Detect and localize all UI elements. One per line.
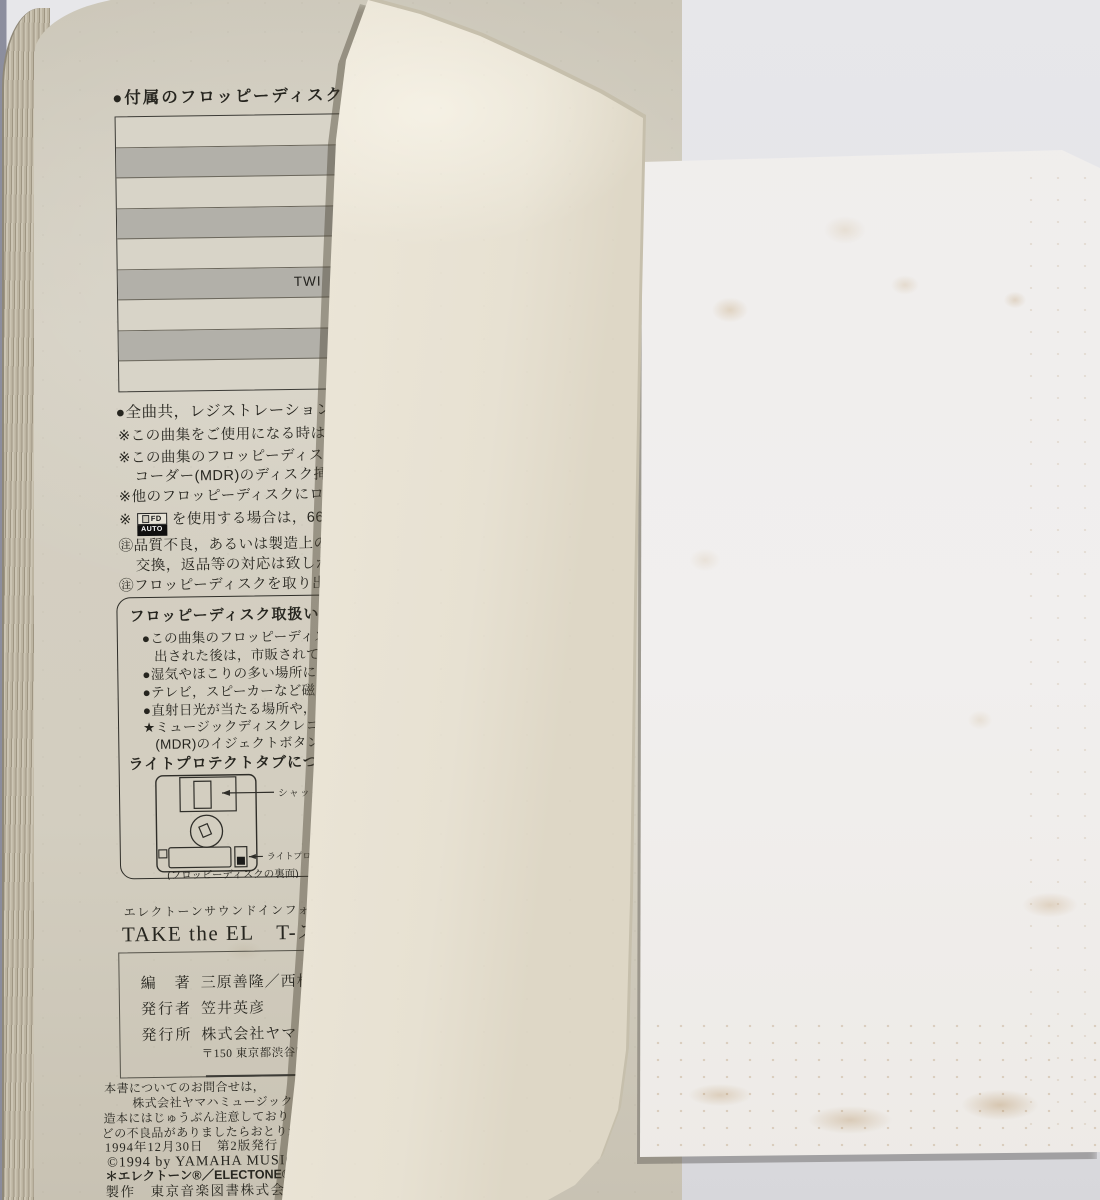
colophon-value: 笠井英彦 [201, 999, 265, 1019]
fd-note-marker: ※ [119, 512, 132, 528]
floppy-mini-icon [142, 515, 149, 523]
photo-of-open-book-colophon-page: ●付属のフロッピーディスク TWI ●全曲共，レジストレーション・デ ※この曲集… [0, 0, 1100, 1200]
floppy-caption: (フロッピーディスクの裏面) [167, 867, 299, 880]
page-heading: ●付属のフロッピーディスク [112, 85, 344, 109]
colophon-label: 発行者 [141, 1000, 192, 1019]
colophon-label: 編 著 [141, 974, 192, 993]
producer-line: 製作 東京音楽図書株式会社 [105, 1182, 300, 1200]
twi-label: TWI [294, 273, 322, 288]
colophon-label: 発行所 [141, 1026, 192, 1045]
fd-auto-badge-icon: FDAUTO [137, 513, 167, 536]
